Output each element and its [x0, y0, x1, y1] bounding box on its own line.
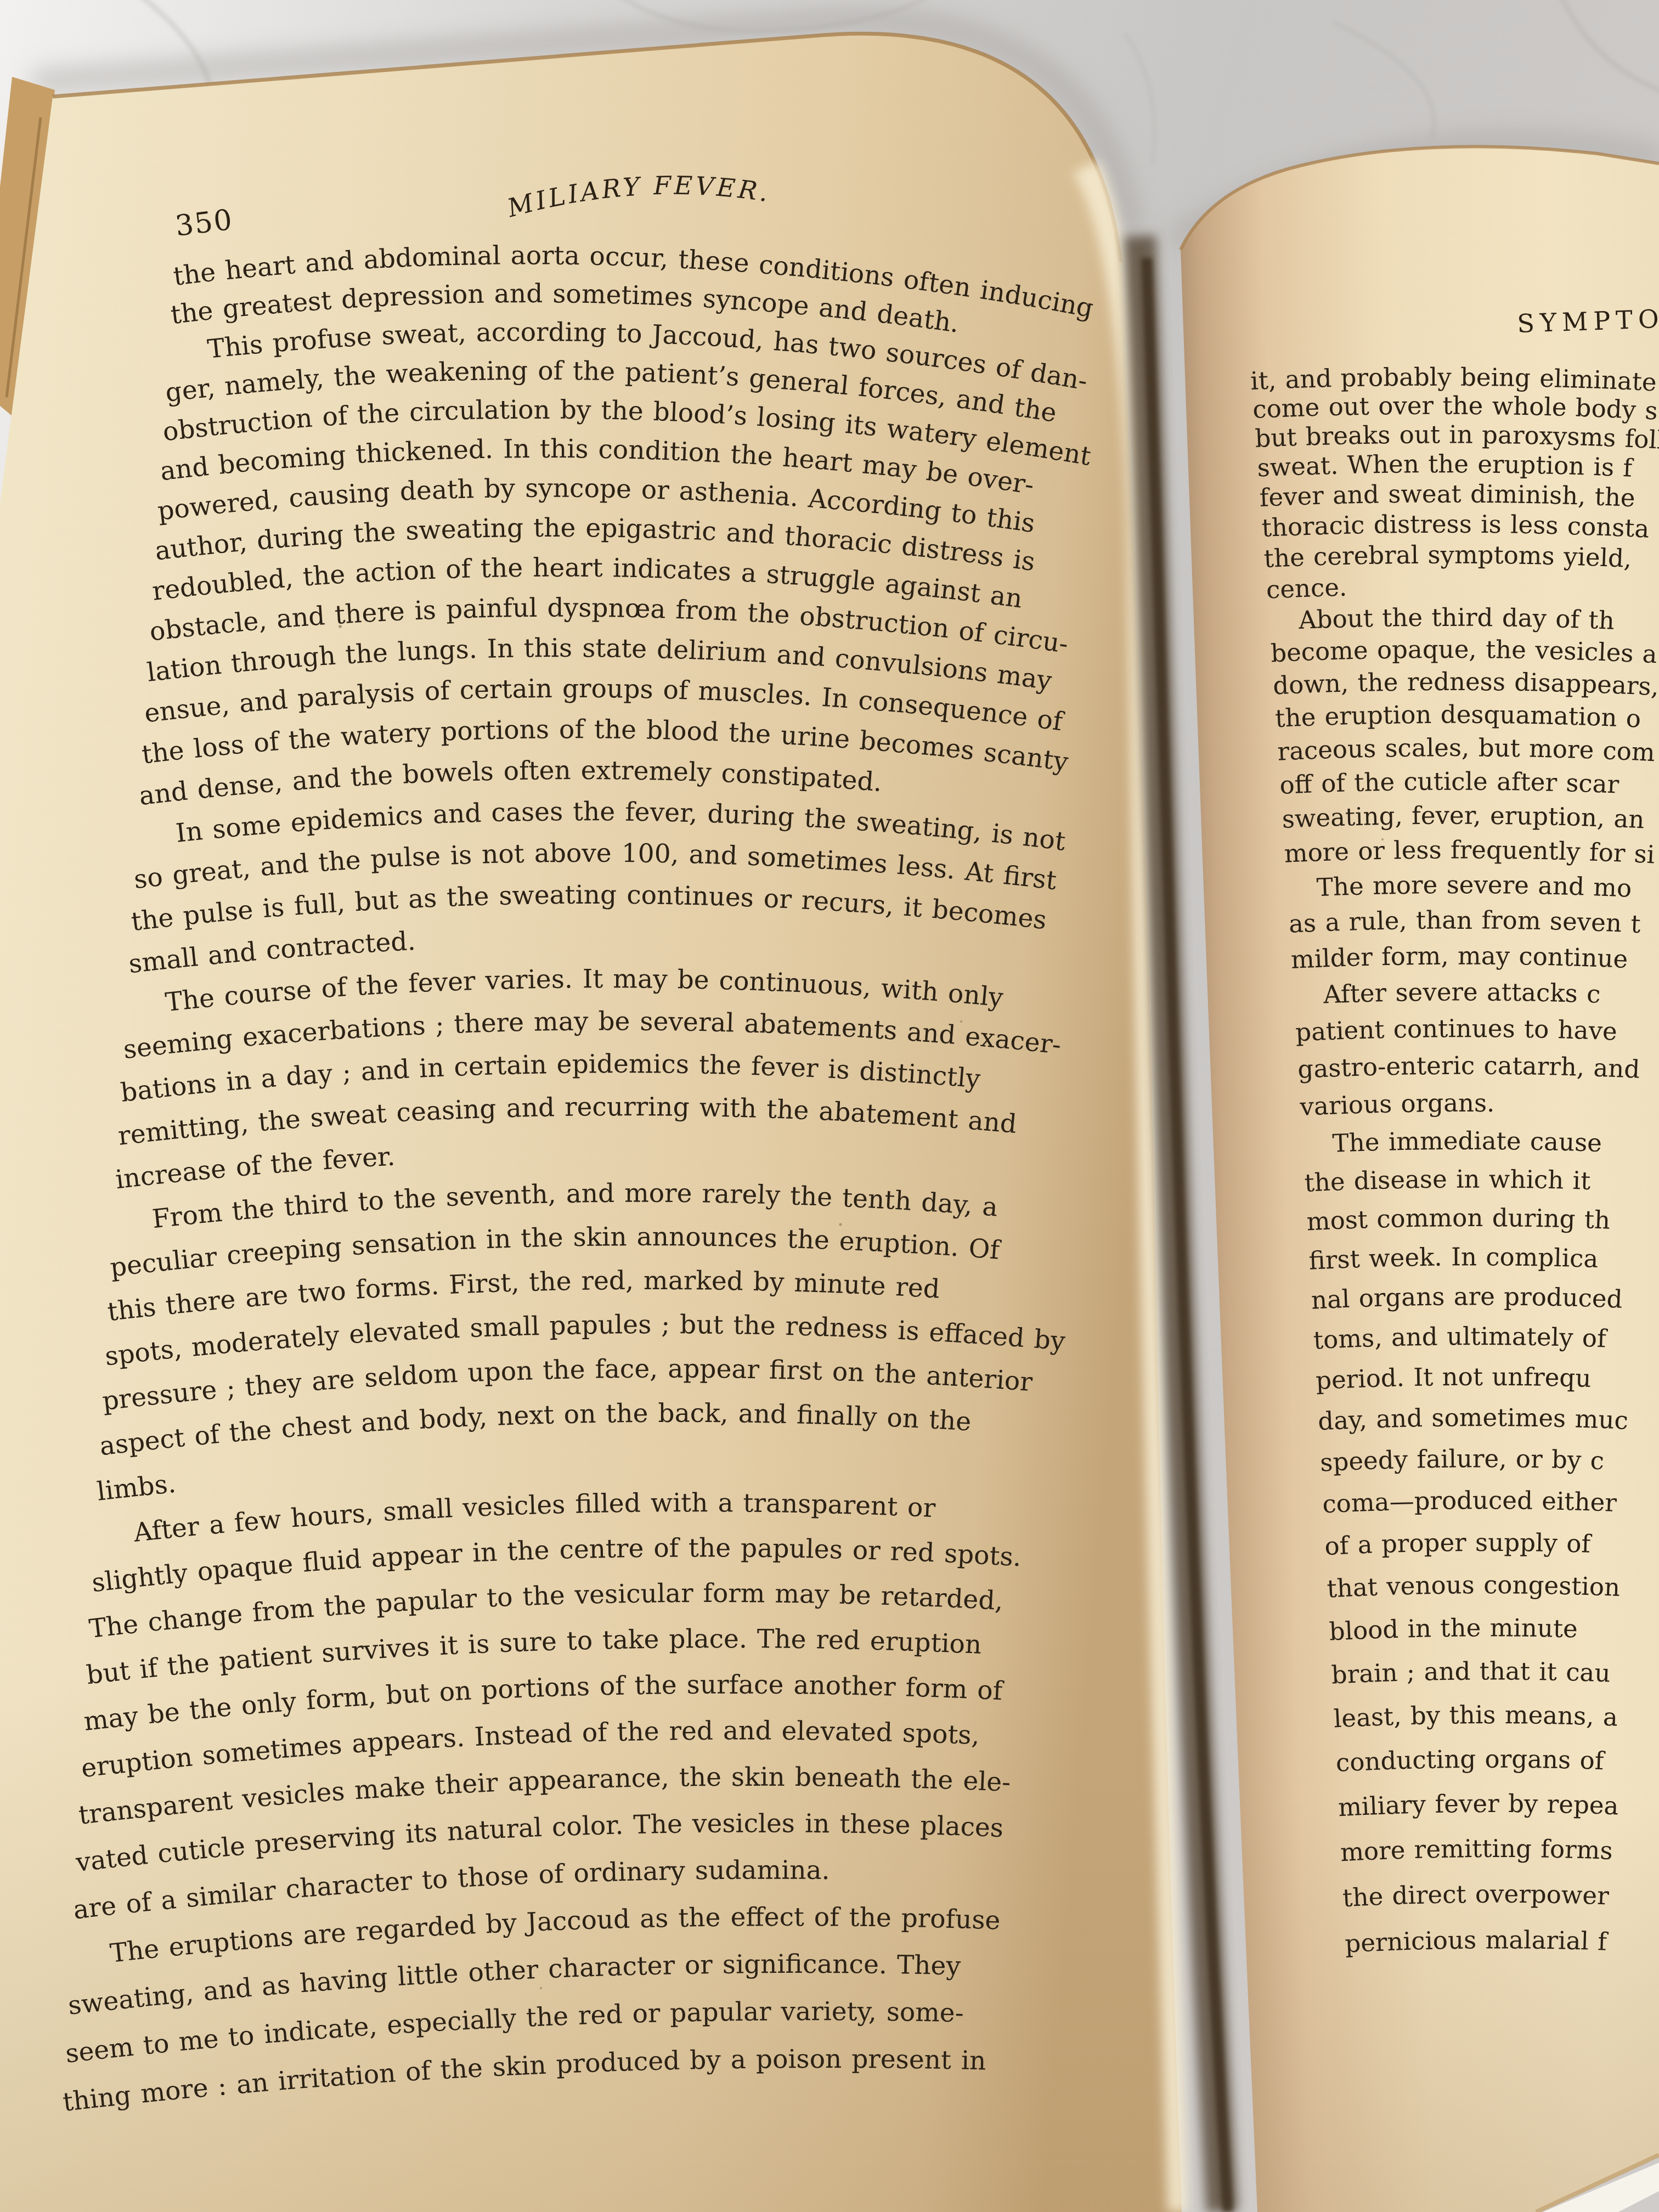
text-line: coma—produced either	[1322, 1486, 1617, 1519]
text-line: patient continues to have	[1295, 1014, 1618, 1047]
text-line: the disease in which it	[1304, 1165, 1591, 1198]
book-scene: 350 MILIARY FEVER. the heart and abdomin…	[0, 0, 1659, 2212]
text-line: After severe attacks c	[1322, 978, 1601, 1009]
text-line: the direct overpower	[1342, 1880, 1610, 1912]
text-line: off of the cuticle after scar	[1279, 767, 1620, 800]
dust-speck	[540, 1987, 542, 1989]
text-line: that venous congestion	[1326, 1570, 1621, 1603]
text-line: The immediate cause	[1332, 1126, 1602, 1158]
text-line: become opaque, the vesicles a	[1270, 635, 1658, 669]
text-line: miliary fever by repea	[1338, 1789, 1620, 1822]
text-line: sweating, fever, eruption, an	[1282, 801, 1645, 834]
text-line: the eruption desquamation o	[1274, 700, 1641, 733]
text-line: least, by this means, a	[1333, 1700, 1618, 1733]
text-line: of a proper supply of	[1324, 1528, 1593, 1561]
text-line: more or less frequently for si	[1284, 836, 1656, 870]
text-line: day, and sometimes muc	[1317, 1403, 1629, 1436]
text-line: as a rule, than from seven t	[1288, 906, 1641, 939]
text-line: sweat. When the eruption is f	[1257, 449, 1635, 483]
text-line: speedy failure, or by c	[1319, 1444, 1605, 1477]
text-line: conducting organs of	[1335, 1745, 1606, 1778]
page-number: 350	[173, 204, 235, 243]
text-line: period. It not unfrequ	[1315, 1362, 1592, 1395]
text-line: brain ; and that it cau	[1331, 1656, 1611, 1689]
text-line: pernicious malarial f	[1344, 1925, 1609, 1958]
book-photo: 350 MILIARY FEVER. the heart and abdomin…	[0, 0, 1659, 2212]
text-line: milder form, may continue	[1290, 941, 1628, 974]
text-line: the cerebral symptoms yield,	[1263, 540, 1633, 573]
photo-of-open-book: { "left_page": { "page_number": "350", "…	[0, 0, 1659, 2212]
text-line: fever and sweat diminish, the	[1259, 479, 1636, 513]
text-line: more remitting forms	[1340, 1834, 1613, 1867]
text-line: thoracic distress is less consta	[1261, 510, 1650, 544]
text-line: nal organs are produced	[1311, 1282, 1623, 1314]
text-line: gastro-enteric catarrh, and	[1297, 1051, 1640, 1084]
text-line: About the third day of th	[1297, 603, 1615, 635]
text-line: raceous scales, but more com	[1277, 733, 1656, 767]
dust-speck	[839, 1223, 842, 1226]
text-line: toms, and ultimately of	[1313, 1322, 1609, 1355]
text-line: most common during th	[1306, 1203, 1611, 1236]
text-line: cence.	[1266, 573, 1347, 605]
text-line: first week. In complica	[1308, 1242, 1599, 1275]
text-line: blood in the minute	[1329, 1613, 1578, 1646]
text-line: The more severe and mo	[1316, 870, 1632, 903]
